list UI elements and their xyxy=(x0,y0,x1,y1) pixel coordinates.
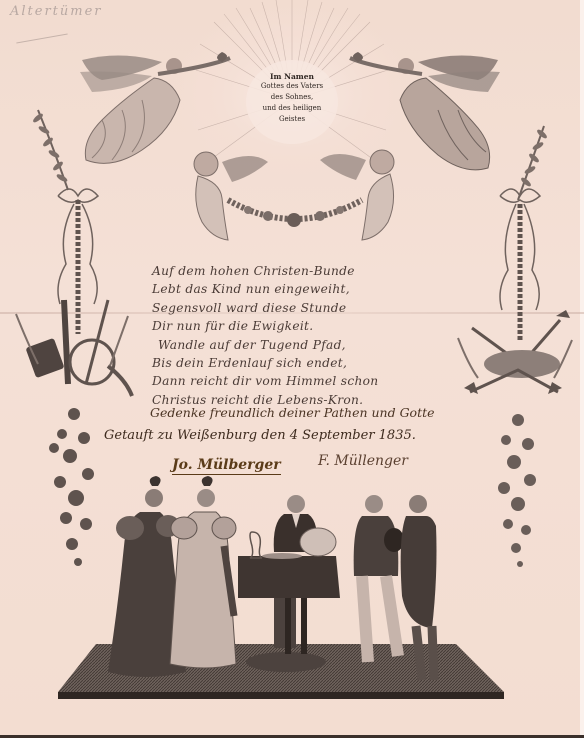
signature-godfather: Jo. Mülberger xyxy=(172,457,281,475)
verse-line: Auf dem hohen Christen-Bunde xyxy=(152,262,462,280)
inscription-line: Im Namen xyxy=(248,72,336,81)
inscription-line: und des heiligen xyxy=(248,103,336,114)
baptism-scene-icon xyxy=(56,476,506,708)
verse-line: Segensvoll ward diese Stunde xyxy=(152,299,462,317)
verse-line: Dann reicht dir vom Himmel schon xyxy=(152,372,462,390)
handwritten-verse: Auf dem hohen Christen-Bunde Lebt das Ki… xyxy=(152,262,462,409)
inscription-line: des Sohnes, xyxy=(248,92,336,103)
verse-line: Bis dein Erdenlauf sich endet, xyxy=(152,354,462,372)
dedication-line: Gedenke freundlich deiner Pathen und Got… xyxy=(150,405,470,420)
verse-line: Lebt das Kind nun eingeweiht, xyxy=(152,280,462,298)
signature-second: F. Müllenger xyxy=(318,453,408,469)
place-and-date: Getauft zu Weißenburg den 4 September 18… xyxy=(104,428,484,443)
medallion-inscription: Im Namen Gottes des Vaters des Sohnes, u… xyxy=(248,62,336,142)
verse-line: Dir nun für die Ewigkeit. xyxy=(152,317,462,335)
verse-line: Wandle auf der Tugend Pfad, xyxy=(152,336,462,354)
baptismal-certificate: Altertümer Im Namen Gottes des Vaters de… xyxy=(0,0,584,738)
inscription-line: Gottes des Vaters xyxy=(248,81,336,92)
inscription-line: Geistes xyxy=(248,114,336,125)
cherubs-garland-icon xyxy=(172,142,418,250)
